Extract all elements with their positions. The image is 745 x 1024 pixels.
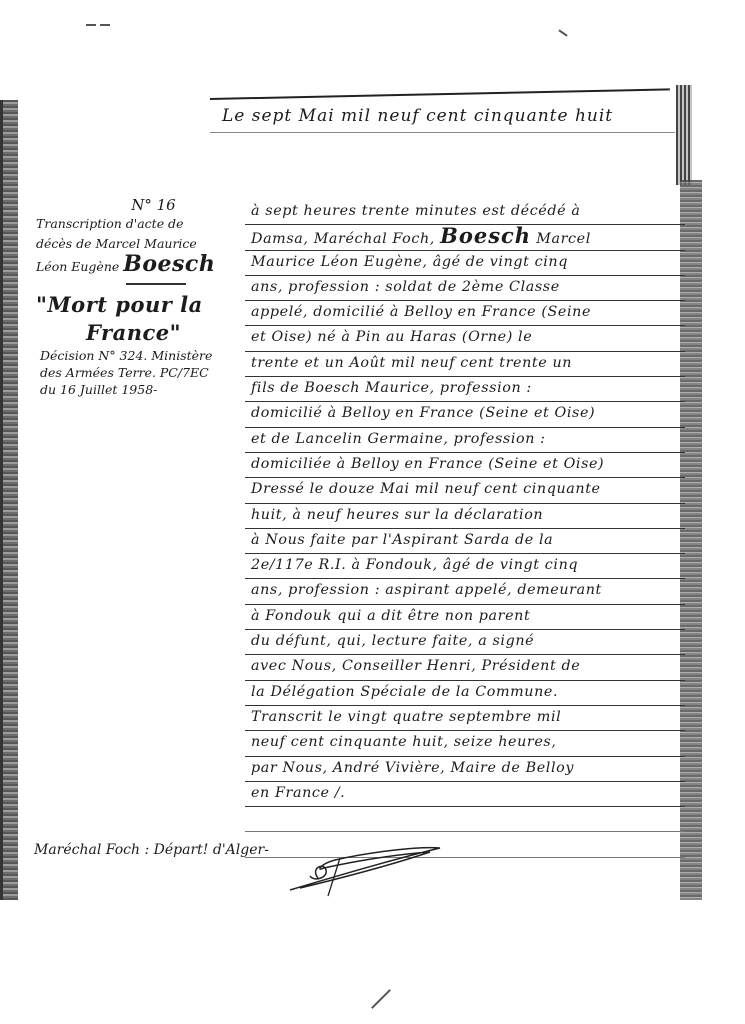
body-line: à Nous faite par l'Aspirant Sarda de la	[245, 529, 685, 554]
signature-icon	[280, 838, 450, 898]
body-line: Transcrit le vingt quatre septembre mil	[245, 706, 685, 731]
body-line: Maurice Léon Eugène, âgé de vingt cinq	[245, 251, 685, 276]
empty-ruled-line	[245, 807, 685, 832]
header-date-text: Le sept Mai mil neuf cent cinquante huit	[222, 106, 613, 126]
header-top-rule	[210, 88, 670, 100]
body-line: huit, à neuf heures sur la déclaration	[245, 504, 685, 529]
mention-mort-pour-la-france-2: France"	[36, 319, 251, 347]
body-line: par Nous, André Vivière, Maire de Belloy	[245, 757, 685, 782]
body-line: ans, profession : soldat de 2ème Classe	[245, 276, 685, 301]
body-line-segment: Damsa, Maréchal Foch,	[251, 231, 435, 247]
document-page: Le sept Mai mil neuf cent cinquante huit…	[0, 0, 745, 1024]
body-line: trente et un Août mil neuf cent trente u…	[245, 352, 685, 377]
body-line: neuf cent cinquante huit, seize heures,	[245, 731, 685, 756]
body-line: à Fondouk qui a dit être non parent	[245, 605, 685, 630]
scan-mark	[558, 29, 567, 36]
mention-mort-pour-la-france: "Mort pour la	[36, 291, 251, 319]
margin-given-names: Léon Eugène	[36, 259, 119, 274]
body-line: ans, profession : aspirant appelé, demeu…	[245, 579, 685, 604]
scan-mark	[86, 24, 96, 26]
margin-divider	[126, 283, 186, 285]
body-line: la Délégation Spéciale de la Commune.	[245, 681, 685, 706]
body-line: et Oise) né à Pin au Haras (Orne) le	[245, 326, 685, 351]
act-number: N° 16	[56, 196, 251, 214]
decision-line: Décision N° 324. Ministère	[36, 347, 251, 364]
body-line: domicilié à Belloy en France (Seine et O…	[245, 402, 685, 427]
margin-surname: Boesch	[123, 251, 215, 277]
body-line-segment: Marcel	[536, 231, 591, 247]
body-line: 2e/117e R.I. à Fondouk, âgé de vingt cin…	[245, 554, 685, 579]
decision-line: du 16 Juillet 1958-	[36, 381, 251, 398]
body-line: à sept heures trente minutes est décédé …	[245, 200, 685, 225]
body-line: du défunt, qui, lecture faite, a signé	[245, 630, 685, 655]
margin-title-line: Transcription d'acte de	[36, 214, 251, 234]
body-line: en France /.	[245, 782, 685, 807]
body-line: domiciliée à Belloy en France (Seine et …	[245, 453, 685, 478]
body-line: Dressé le douze Mai mil neuf cent cinqua…	[245, 478, 685, 503]
body-line: appelé, domicilié à Belloy en France (Se…	[245, 301, 685, 326]
scan-mark	[371, 989, 391, 1009]
margin-title-line: Léon Eugène Boesch	[36, 254, 251, 277]
certificate-body: à sept heures trente minutes est décédé …	[245, 200, 685, 858]
margin-note: N° 16 Transcription d'acte de décès de M…	[36, 196, 251, 398]
body-line: fils de Boesch Maurice, profession :	[245, 377, 685, 402]
scan-left-edge	[0, 100, 18, 900]
body-line: avec Nous, Conseiller Henri, Président d…	[245, 655, 685, 680]
body-line: et de Lancelin Germaine, profession :	[245, 428, 685, 453]
decision-line: des Armées Terre. PC/7EC	[36, 364, 251, 381]
scan-binding-stub	[676, 85, 692, 185]
footer-note: Maréchal Foch : Départ! d'Alger-	[34, 842, 269, 858]
scan-mark	[100, 24, 110, 26]
header-underline	[210, 132, 675, 133]
body-line: Damsa, Maréchal Foch, Boesch Marcel	[245, 225, 685, 250]
body-surname: Boesch	[440, 225, 531, 248]
